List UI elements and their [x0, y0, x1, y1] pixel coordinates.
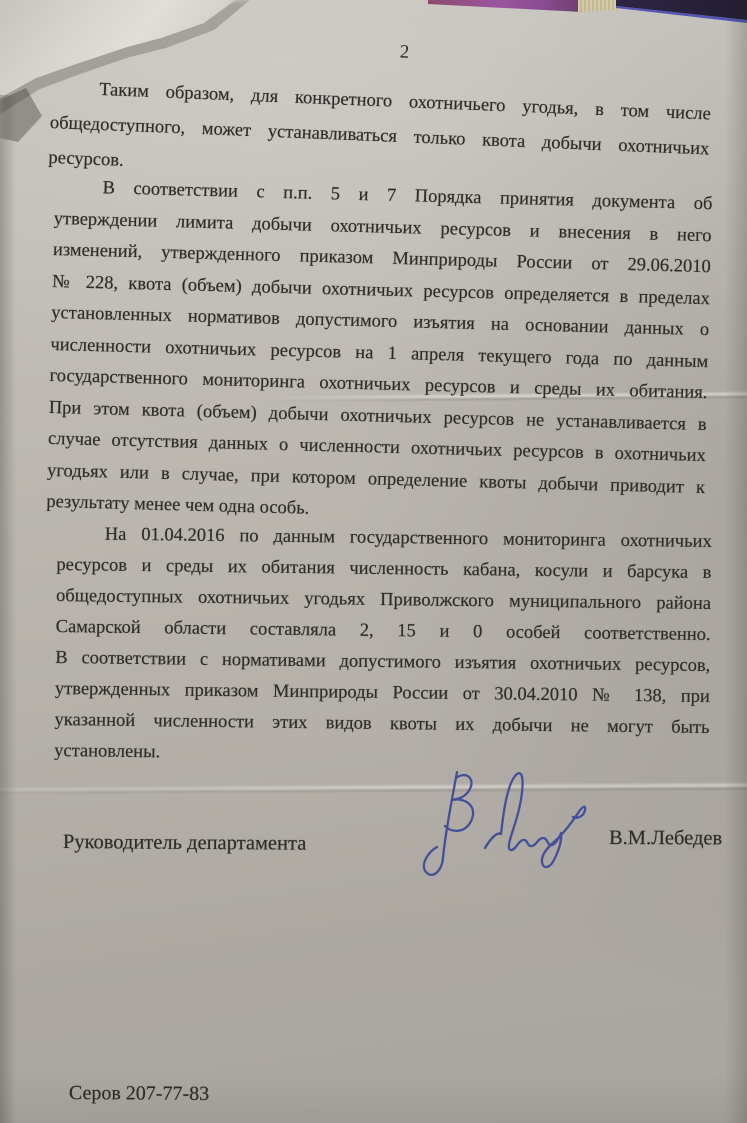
paragraph-2: В соответствии с п.п. 5 и 7 Порядка прин… [46, 172, 713, 536]
page-number: 2 [384, 41, 425, 64]
paragraph-3: На 01.04.2016 по данным государственного… [54, 519, 712, 775]
background-strip-magenta [428, 0, 582, 14]
background-strip-tan [578, 0, 620, 14]
left-edge-vignette [0, 95, 16, 1123]
paper-crease-lower [0, 782, 747, 796]
handwritten-signature-scribble-icon [415, 742, 590, 892]
signatory-name: В.М.Лебедев [609, 827, 722, 850]
signatory-role: Руководитель департамента [63, 831, 307, 856]
footer-contact: Серов 207-77-83 [69, 1082, 209, 1106]
right-edge-vignette [725, 0, 747, 1123]
photo-of-document: 2 Таким образом, для конкретного охотнич… [0, 0, 747, 1123]
